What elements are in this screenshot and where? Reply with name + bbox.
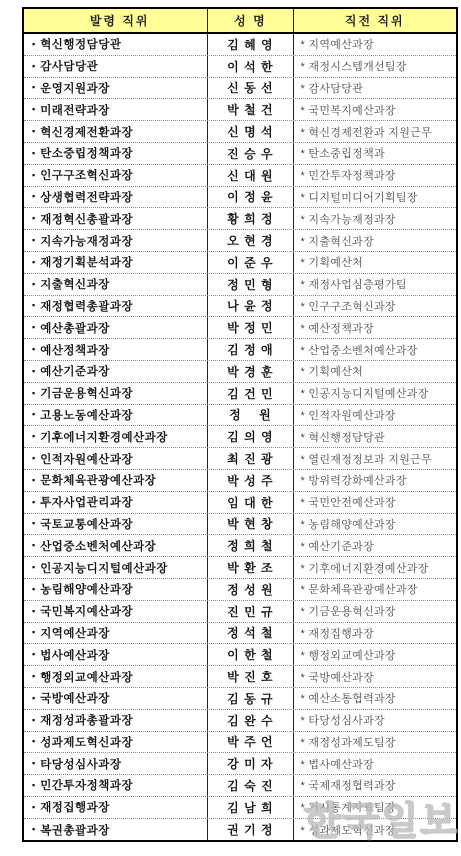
name-cell: 김 숙 진 xyxy=(207,775,292,796)
bullet-icon: ▪ xyxy=(32,171,35,180)
table-row: ▪ 탄소중립정책과장 진 승 우 * 탄소중립정책과 xyxy=(24,143,456,165)
appointed-position-cell: ▪ 지역예산과장 xyxy=(24,623,207,644)
appointed-position-cell: ▪ 재정성과총괄과장 xyxy=(24,710,207,731)
appointed-position-text: 지역예산과장 xyxy=(40,625,110,641)
appointed-position-cell: ▪ 행정외교예산과장 xyxy=(24,666,207,687)
table-row: ▪ 기금운용혁신과장 김 건 민 * 인공지능디지털예산과장 xyxy=(24,383,456,405)
appointed-position-text: 산업중소벤처예산과장 xyxy=(40,538,156,554)
appointed-position-text: 재정성과총괄과장 xyxy=(40,712,133,728)
previous-position-cell: * 인구구조혁신과장 xyxy=(293,296,457,317)
appointed-position-text: 인구구조혁신과장 xyxy=(40,167,133,183)
appointed-position-text: 문화체육관광예산과장 xyxy=(40,472,156,488)
appointed-position-text: 법사예산과장 xyxy=(40,647,110,663)
table-row: ▪ 타당성심사과장 강 미 자 * 법사예산과장 xyxy=(24,753,456,775)
name-cell: 김 의 영 xyxy=(207,426,292,447)
name-text: 최 진 광 xyxy=(227,450,273,467)
previous-position-cell: * 예산소통협력과장 xyxy=(293,688,457,709)
previous-position-text: * 혁신행정담당관 xyxy=(301,429,385,445)
appointed-position-text: 타당성심사과장 xyxy=(40,756,121,772)
appointed-position-cell: ▪ 재정기획분석과장 xyxy=(24,252,207,273)
name-text: 박 환 조 xyxy=(227,559,273,576)
previous-position-cell: * 열린재정정보과 지원근무 xyxy=(293,448,457,469)
previous-position-cell: * 기금운용혁신과장 xyxy=(293,601,457,622)
previous-position-text: * 열린재정정보과 지원근무 xyxy=(301,451,432,467)
appointed-position-text: 탄소중립정책과장 xyxy=(40,145,133,161)
previous-position-text: * 농림해양예산과장 xyxy=(301,516,396,532)
header-previous-position-label: 직전 직위 xyxy=(345,12,405,29)
previous-position-cell: * 국제재정협력과장 xyxy=(293,775,457,796)
bullet-icon: ▪ xyxy=(32,737,35,746)
appointed-position-cell: ▪ 예산정책과장 xyxy=(24,339,207,360)
previous-position-text: * 인적자원예산과장 xyxy=(301,407,396,423)
name-cell: 박 성 주 xyxy=(207,470,292,491)
appointed-position-cell: ▪ 타당성심사과장 xyxy=(24,753,207,774)
name-text: 오 현 경 xyxy=(227,232,273,249)
appointed-position-cell: ▪ 미래전략과장 xyxy=(24,99,207,120)
table-row: ▪ 고용노동예산과장 정 원 * 인적자원예산과장 xyxy=(24,405,456,427)
table-row: ▪ 지속가능재정과장 오 현 경 * 지출혁신과장 xyxy=(24,230,456,252)
appointed-position-cell: ▪ 지속가능재정과장 xyxy=(24,230,207,251)
appointed-position-cell: ▪ 예산기준과장 xyxy=(24,361,207,382)
header-name-label: 성 명 xyxy=(234,12,267,29)
name-text: 신 동 선 xyxy=(227,79,273,96)
bullet-icon: ▪ xyxy=(32,759,35,768)
previous-position-text: * 산업중소벤처예산과장 xyxy=(301,342,418,358)
appointed-position-text: 국방예산과장 xyxy=(40,690,110,706)
name-text: 김 의 영 xyxy=(227,428,273,445)
appointed-position-cell: ▪ 기후에너지환경예산과장 xyxy=(24,426,207,447)
name-text: 나 윤 정 xyxy=(227,297,273,314)
previous-position-text: * 문화체육관광예산과장 xyxy=(301,581,418,597)
name-cell: 김 혜 영 xyxy=(207,34,292,55)
bullet-icon: ▪ xyxy=(32,192,35,201)
previous-position-cell: * 인적자원예산과장 xyxy=(293,405,457,426)
table-row: ▪ 예산기준과장 박 경 훈 * 기획예산처 xyxy=(24,361,456,383)
previous-position-cell: * 지역예산과장 xyxy=(293,34,457,55)
previous-position-cell: * 법사예산과장 xyxy=(293,753,457,774)
previous-position-text: * 국방예산과장 xyxy=(301,669,375,685)
previous-position-text: * 거시통계자료팀장 xyxy=(301,799,396,815)
bullet-icon: ▪ xyxy=(32,280,35,289)
previous-position-cell: * 국민안전예산과장 xyxy=(293,492,457,513)
name-cell: 박 현 창 xyxy=(207,514,292,535)
previous-position-text: * 인구구조혁신과장 xyxy=(301,298,396,314)
name-cell: 이 석 한 xyxy=(207,56,292,77)
previous-position-text: * 기금운용혁신과장 xyxy=(301,603,396,619)
bullet-icon: ▪ xyxy=(32,389,35,398)
appointed-position-text: 기금운용혁신과장 xyxy=(40,385,133,401)
table-row: ▪ 국방예산과장 김 동 규 * 예산소통협력과장 xyxy=(24,688,456,710)
previous-position-cell: * 기후에너지환경예산과장 xyxy=(293,557,457,578)
name-text: 박 정 민 xyxy=(227,319,273,336)
previous-position-text: * 예산정책과장 xyxy=(301,320,375,336)
appointed-position-text: 재정집행과장 xyxy=(40,799,110,815)
appointed-position-text: 민간투자정책과장 xyxy=(40,777,133,793)
name-text: 진 승 우 xyxy=(227,145,273,162)
name-text: 강 미 자 xyxy=(227,755,273,772)
appointed-position-text: 예산기준과장 xyxy=(40,363,110,379)
previous-position-text: * 혁신경제전환과 지원근무 xyxy=(301,124,432,140)
bullet-icon: ▪ xyxy=(32,454,35,463)
table-row: ▪ 문화체육관광예산과장 박 성 주 * 방위력강화예산과장 xyxy=(24,470,456,492)
bullet-icon: ▪ xyxy=(32,825,35,834)
bullet-icon: ▪ xyxy=(32,803,35,812)
appointed-position-cell: ▪ 인적자원예산과장 xyxy=(24,448,207,469)
previous-position-text: * 기후에너지환경예산과장 xyxy=(301,560,429,576)
name-cell: 정 민 형 xyxy=(207,274,292,295)
name-cell: 이 준 우 xyxy=(207,252,292,273)
previous-position-text: * 지속가능재정과장 xyxy=(301,211,396,227)
previous-position-cell: * 기획예산처 xyxy=(293,361,457,382)
bullet-icon: ▪ xyxy=(32,476,35,485)
table-row: ▪ 투자사업관리과장 임 대 한 * 국민안전예산과장 xyxy=(24,492,456,514)
name-cell: 이 정 윤 xyxy=(207,187,292,208)
appointed-position-text: 운영지원과장 xyxy=(40,80,110,96)
previous-position-cell: * 감사담당관 xyxy=(293,78,457,99)
name-cell: 정 원 xyxy=(207,405,292,426)
name-text: 이 정 윤 xyxy=(227,188,273,205)
table-row: ▪ 재정혁신총괄과장 황 희 정 * 지속가능재정과장 xyxy=(24,208,456,230)
header-previous-position: 직전 직위 xyxy=(293,9,456,32)
appointed-position-cell: ▪ 성과제도혁신과장 xyxy=(24,732,207,753)
table-row: ▪ 지출혁신과장 정 민 형 * 재정사업심층평가팀 xyxy=(24,274,456,296)
bullet-icon: ▪ xyxy=(32,301,35,310)
bullet-icon: ▪ xyxy=(32,214,35,223)
previous-position-text: * 디지털미디어기획팀장 xyxy=(301,189,418,205)
name-cell: 진 민 규 xyxy=(207,601,292,622)
appointments-table: 발령 직위 성 명 직전 직위 ▪ 혁신행정담당관 김 혜 영 xyxy=(22,7,458,842)
bullet-icon: ▪ xyxy=(32,563,35,572)
previous-position-text: * 감사담당관 xyxy=(301,80,364,96)
name-text: 신 대 원 xyxy=(227,167,273,184)
appointed-position-cell: ▪ 인공지능디지털예산과장 xyxy=(24,557,207,578)
name-cell: 강 미 자 xyxy=(207,753,292,774)
header-name: 성 명 xyxy=(207,9,292,32)
previous-position-cell: * 행정외교예산과장 xyxy=(293,644,457,665)
bullet-icon: ▪ xyxy=(32,694,35,703)
table-row: ▪ 재정집행과장 김 남 희 * 거시통계자료팀장 xyxy=(24,797,456,819)
appointed-position-cell: ▪ 산업중소벤처예산과장 xyxy=(24,535,207,556)
name-text: 정 민 형 xyxy=(227,276,273,293)
bullet-icon: ▪ xyxy=(32,83,35,92)
table-row: ▪ 예산총괄과장 박 정 민 * 예산정책과장 xyxy=(24,317,456,339)
previous-position-text: * 국민안전예산과장 xyxy=(301,494,396,510)
bullet-icon: ▪ xyxy=(32,323,35,332)
appointed-position-cell: ▪ 국민복지예산과장 xyxy=(24,601,207,622)
name-text: 정 원 xyxy=(229,406,272,423)
appointed-position-text: 재정기획분석과장 xyxy=(40,254,133,270)
appointed-position-text: 혁신행정담당관 xyxy=(40,36,121,52)
bullet-icon: ▪ xyxy=(32,149,35,158)
name-cell: 김 동 규 xyxy=(207,688,292,709)
previous-position-text: * 재정성과제도팀장 xyxy=(301,734,396,750)
appointed-position-text: 감사담당관 xyxy=(40,58,98,74)
appointed-position-cell: ▪ 국방예산과장 xyxy=(24,688,207,709)
bullet-icon: ▪ xyxy=(32,498,35,507)
appointed-position-cell: ▪ 혁신경제전환과장 xyxy=(24,121,207,142)
name-cell: 오 현 경 xyxy=(207,230,292,251)
previous-position-text: * 재정시스템개선팀장 xyxy=(301,58,407,74)
previous-position-cell: * 산업중소벤처예산과장 xyxy=(293,339,457,360)
table-row: ▪ 국토교통예산과장 박 현 창 * 농림해양예산과장 xyxy=(24,514,456,536)
name-cell: 황 희 정 xyxy=(207,208,292,229)
name-text: 정 석 철 xyxy=(227,624,273,641)
name-text: 박 철 건 xyxy=(227,101,273,118)
previous-position-text: * 재정집행과장 xyxy=(301,625,375,641)
name-text: 김 혜 영 xyxy=(227,36,273,53)
appointed-position-text: 국토교통예산과장 xyxy=(40,516,133,532)
bullet-icon: ▪ xyxy=(32,716,35,725)
previous-position-text: * 재정사업심층평가팀 xyxy=(301,276,407,292)
previous-position-text: * 탄소중립정책과 xyxy=(301,145,385,161)
appointed-position-text: 행정외교예산과장 xyxy=(40,669,133,685)
appointed-position-text: 복권총괄과장 xyxy=(40,822,110,838)
previous-position-text: * 민간투자정책과장 xyxy=(301,167,396,183)
name-text: 황 희 정 xyxy=(227,210,273,227)
previous-position-cell: * 국민복지예산과장 xyxy=(293,99,457,120)
name-cell: 김 건 민 xyxy=(207,383,292,404)
table-row: ▪ 미래전략과장 박 철 건 * 국민복지예산과장 xyxy=(24,99,456,121)
bullet-icon: ▪ xyxy=(32,62,35,71)
bullet-icon: ▪ xyxy=(32,672,35,681)
appointed-position-text: 미래전략과장 xyxy=(40,102,110,118)
previous-position-cell: * 재정집행과장 xyxy=(293,623,457,644)
bullet-icon: ▪ xyxy=(32,585,35,594)
appointed-position-cell: ▪ 재정혁신총괄과장 xyxy=(24,208,207,229)
previous-position-text: * 예산기준과장 xyxy=(301,538,375,554)
name-cell: 진 승 우 xyxy=(207,143,292,164)
previous-position-cell: * 디지털미디어기획팀장 xyxy=(293,187,457,208)
table-row: ▪ 성과제도혁신과장 박 주 언 * 재정성과제도팀장 xyxy=(24,732,456,754)
previous-position-cell: * 기획예산처 xyxy=(293,252,457,273)
bullet-icon: ▪ xyxy=(32,650,35,659)
appointed-position-cell: ▪ 투자사업관리과장 xyxy=(24,492,207,513)
previous-position-cell: * 성과제도혁신과장 xyxy=(293,819,457,841)
appointed-position-text: 고용노동예산과장 xyxy=(40,407,133,423)
previous-position-cell: * 재정시스템개선팀장 xyxy=(293,56,457,77)
name-text: 권 기 정 xyxy=(227,821,273,838)
appointed-position-text: 예산정책과장 xyxy=(40,342,110,358)
table-row: ▪ 인적자원예산과장 최 진 광 * 열린재정정보과 지원근무 xyxy=(24,448,456,470)
appointed-position-cell: ▪ 복권총괄과장 xyxy=(24,819,207,841)
bullet-icon: ▪ xyxy=(32,519,35,528)
name-cell: 정 희 철 xyxy=(207,535,292,556)
appointed-position-cell: ▪ 예산총괄과장 xyxy=(24,317,207,338)
appointed-position-cell: ▪ 재정협력총괄과장 xyxy=(24,296,207,317)
name-text: 김 건 민 xyxy=(227,385,273,402)
previous-position-cell: * 거시통계자료팀장 xyxy=(293,797,457,818)
previous-position-cell: * 방위력강화예산과장 xyxy=(293,470,457,491)
previous-position-text: * 예산소통협력과장 xyxy=(301,690,396,706)
previous-position-text: * 방위력강화예산과장 xyxy=(301,472,407,488)
name-cell: 정 성 원 xyxy=(207,579,292,600)
table-row: ▪ 혁신경제전환과장 신 명 석 * 혁신경제전환과 지원근무 xyxy=(24,121,456,143)
appointed-position-cell: ▪ 상생협력전략과장 xyxy=(24,187,207,208)
bullet-icon: ▪ xyxy=(32,628,35,637)
name-text: 신 명 석 xyxy=(227,123,273,140)
name-cell: 권 기 정 xyxy=(207,819,292,841)
name-cell: 박 주 언 xyxy=(207,732,292,753)
appointed-position-text: 인적자원예산과장 xyxy=(40,451,133,467)
name-cell: 김 완 수 xyxy=(207,710,292,731)
bullet-icon: ▪ xyxy=(32,345,35,354)
document-page: 발령 직위 성 명 직전 직위 ▪ 혁신행정담당관 김 혜 영 xyxy=(0,0,461,856)
appointed-position-text: 농림해양예산과장 xyxy=(40,581,133,597)
previous-position-cell: * 농림해양예산과장 xyxy=(293,514,457,535)
previous-position-cell: * 문화체육관광예산과장 xyxy=(293,579,457,600)
name-text: 박 경 훈 xyxy=(227,363,273,380)
previous-position-text: * 국민복지예산과장 xyxy=(301,102,396,118)
table-row: ▪ 기후에너지환경예산과장 김 의 영 * 혁신행정담당관 xyxy=(24,426,456,448)
name-text: 정 성 원 xyxy=(227,581,273,598)
name-cell: 박 진 호 xyxy=(207,666,292,687)
previous-position-cell: * 민간투자정책과장 xyxy=(293,165,457,186)
name-cell: 정 석 철 xyxy=(207,623,292,644)
appointed-position-text: 지속가능재정과장 xyxy=(40,233,133,249)
table-row: ▪ 감사담당관 이 석 한 * 재정시스템개선팀장 xyxy=(24,56,456,78)
table-row: ▪ 재정협력총괄과장 나 윤 정 * 인구구조혁신과장 xyxy=(24,296,456,318)
name-text: 이 석 한 xyxy=(227,58,273,75)
name-cell: 김 정 애 xyxy=(207,339,292,360)
previous-position-cell: * 지속가능재정과장 xyxy=(293,208,457,229)
appointed-position-cell: ▪ 법사예산과장 xyxy=(24,644,207,665)
previous-position-cell: * 재정사업심층평가팀 xyxy=(293,274,457,295)
appointed-position-text: 지출혁신과장 xyxy=(40,276,110,292)
table-row: ▪ 인공지능디지털예산과장 박 환 조 * 기후에너지환경예산과장 xyxy=(24,557,456,579)
bullet-icon: ▪ xyxy=(32,105,35,114)
appointed-position-text: 상생협력전략과장 xyxy=(40,189,133,205)
appointed-position-cell: ▪ 고용노동예산과장 xyxy=(24,405,207,426)
previous-position-text: * 지역예산과장 xyxy=(301,36,375,52)
bullet-icon: ▪ xyxy=(32,410,35,419)
name-cell: 박 경 훈 xyxy=(207,361,292,382)
name-cell: 박 철 건 xyxy=(207,99,292,120)
appointed-position-text: 투자사업관리과장 xyxy=(40,494,133,510)
name-cell: 박 환 조 xyxy=(207,557,292,578)
previous-position-text: * 기획예산처 xyxy=(301,254,364,270)
name-text: 김 남 희 xyxy=(227,799,273,816)
table-row: ▪ 복권총괄과장 권 기 정 * 성과제도혁신과장 xyxy=(24,819,456,841)
bullet-icon: ▪ xyxy=(32,40,35,49)
appointed-position-text: 인공지능디지털예산과장 xyxy=(40,560,168,576)
previous-position-cell: * 국방예산과장 xyxy=(293,666,457,687)
appointed-position-cell: ▪ 탄소중립정책과장 xyxy=(24,143,207,164)
bullet-icon: ▪ xyxy=(32,541,35,550)
name-cell: 임 대 한 xyxy=(207,492,292,513)
name-cell: 신 대 원 xyxy=(207,165,292,186)
bullet-icon: ▪ xyxy=(32,236,35,245)
name-text: 김 완 수 xyxy=(227,712,273,729)
appointed-position-cell: ▪ 국토교통예산과장 xyxy=(24,514,207,535)
previous-position-cell: * 혁신경제전환과 지원근무 xyxy=(293,121,457,142)
table-row: ▪ 운영지원과장 신 동 선 * 감사담당관 xyxy=(24,78,456,100)
name-text: 김 숙 진 xyxy=(227,777,273,794)
table-row: ▪ 예산정책과장 김 정 애 * 산업중소벤처예산과장 xyxy=(24,339,456,361)
appointed-position-cell: ▪ 민간투자정책과장 xyxy=(24,775,207,796)
table-header-row: 발령 직위 성 명 직전 직위 xyxy=(24,9,456,34)
appointed-position-cell: ▪ 운영지원과장 xyxy=(24,78,207,99)
table-row: ▪ 상생협력전략과장 이 정 윤 * 디지털미디어기획팀장 xyxy=(24,187,456,209)
table-body: ▪ 혁신행정담당관 김 혜 영 * 지역예산과장 ▪ 감사담당관 xyxy=(24,34,456,840)
previous-position-cell: * 인공지능디지털예산과장 xyxy=(293,383,457,404)
table-row: ▪ 법사예산과장 이 한 철 * 행정외교예산과장 xyxy=(24,644,456,666)
name-text: 박 현 창 xyxy=(227,515,273,532)
previous-position-text: * 지출혁신과장 xyxy=(301,233,375,249)
appointed-position-text: 국민복지예산과장 xyxy=(40,603,133,619)
previous-position-text: * 법사예산과장 xyxy=(301,756,375,772)
previous-position-cell: * 혁신행정담당관 xyxy=(293,426,457,447)
name-text: 김 정 애 xyxy=(227,341,273,358)
previous-position-text: * 행정외교예산과장 xyxy=(301,647,396,663)
header-appointed-position-label: 발령 직위 xyxy=(90,12,150,29)
name-cell: 신 동 선 xyxy=(207,78,292,99)
table-row: ▪ 행정외교예산과장 박 진 호 * 국방예산과장 xyxy=(24,666,456,688)
name-text: 김 동 규 xyxy=(227,690,273,707)
name-cell: 신 명 석 xyxy=(207,121,292,142)
previous-position-text: * 성과제도혁신과장 xyxy=(301,822,396,838)
name-cell: 최 진 광 xyxy=(207,448,292,469)
appointed-position-cell: ▪ 인구구조혁신과장 xyxy=(24,165,207,186)
previous-position-cell: * 예산기준과장 xyxy=(293,535,457,556)
previous-position-text: * 국제재정협력과장 xyxy=(301,777,396,793)
appointed-position-text: 재정협력총괄과장 xyxy=(40,298,133,314)
name-text: 정 희 철 xyxy=(227,537,273,554)
previous-position-text: * 타당성심사과장 xyxy=(301,712,385,728)
table-row: ▪ 국민복지예산과장 진 민 규 * 기금운용혁신과장 xyxy=(24,601,456,623)
name-cell: 박 정 민 xyxy=(207,317,292,338)
name-cell: 김 남 희 xyxy=(207,797,292,818)
table-row: ▪ 혁신행정담당관 김 혜 영 * 지역예산과장 xyxy=(24,34,456,56)
name-text: 박 성 주 xyxy=(227,472,273,489)
bullet-icon: ▪ xyxy=(32,607,35,616)
table-row: ▪ 농림해양예산과장 정 성 원 * 문화체육관광예산과장 xyxy=(24,579,456,601)
table-row: ▪ 인구구조혁신과장 신 대 원 * 민간투자정책과장 xyxy=(24,165,456,187)
bullet-icon: ▪ xyxy=(32,127,35,136)
bullet-icon: ▪ xyxy=(32,367,35,376)
appointed-position-text: 성과제도혁신과장 xyxy=(40,734,133,750)
header-appointed-position: 발령 직위 xyxy=(24,9,207,32)
bullet-icon: ▪ xyxy=(32,781,35,790)
appointed-position-text: 예산총괄과장 xyxy=(40,320,110,336)
table-row: ▪ 재정성과총괄과장 김 완 수 * 타당성심사과장 xyxy=(24,710,456,732)
name-text: 이 한 철 xyxy=(227,646,273,663)
appointed-position-cell: ▪ 문화체육관광예산과장 xyxy=(24,470,207,491)
appointed-position-cell: ▪ 농림해양예산과장 xyxy=(24,579,207,600)
name-text: 박 주 언 xyxy=(227,733,273,750)
appointed-position-text: 기후에너지환경예산과장 xyxy=(40,429,168,445)
previous-position-text: * 기획예산처 xyxy=(301,363,364,379)
name-text: 박 진 호 xyxy=(227,668,273,685)
appointed-position-cell: ▪ 감사담당관 xyxy=(24,56,207,77)
table-row: ▪ 산업중소벤처예산과장 정 희 철 * 예산기준과장 xyxy=(24,535,456,557)
previous-position-cell: * 지출혁신과장 xyxy=(293,230,457,251)
appointed-position-cell: ▪ 지출혁신과장 xyxy=(24,274,207,295)
table-row: ▪ 민간투자정책과장 김 숙 진 * 국제재정협력과장 xyxy=(24,775,456,797)
appointed-position-cell: ▪ 혁신행정담당관 xyxy=(24,34,207,55)
name-text: 진 민 규 xyxy=(227,603,273,620)
name-cell: 이 한 철 xyxy=(207,644,292,665)
appointed-position-cell: ▪ 재정집행과장 xyxy=(24,797,207,818)
name-text: 이 준 우 xyxy=(227,254,273,271)
previous-position-text: * 인공지능디지털예산과장 xyxy=(301,385,429,401)
previous-position-cell: * 예산정책과장 xyxy=(293,317,457,338)
table-row: ▪ 지역예산과장 정 석 철 * 재정집행과장 xyxy=(24,623,456,645)
appointed-position-cell: ▪ 기금운용혁신과장 xyxy=(24,383,207,404)
bullet-icon: ▪ xyxy=(32,432,35,441)
previous-position-cell: * 타당성심사과장 xyxy=(293,710,457,731)
appointed-position-text: 혁신경제전환과장 xyxy=(40,124,133,140)
name-cell: 나 윤 정 xyxy=(207,296,292,317)
